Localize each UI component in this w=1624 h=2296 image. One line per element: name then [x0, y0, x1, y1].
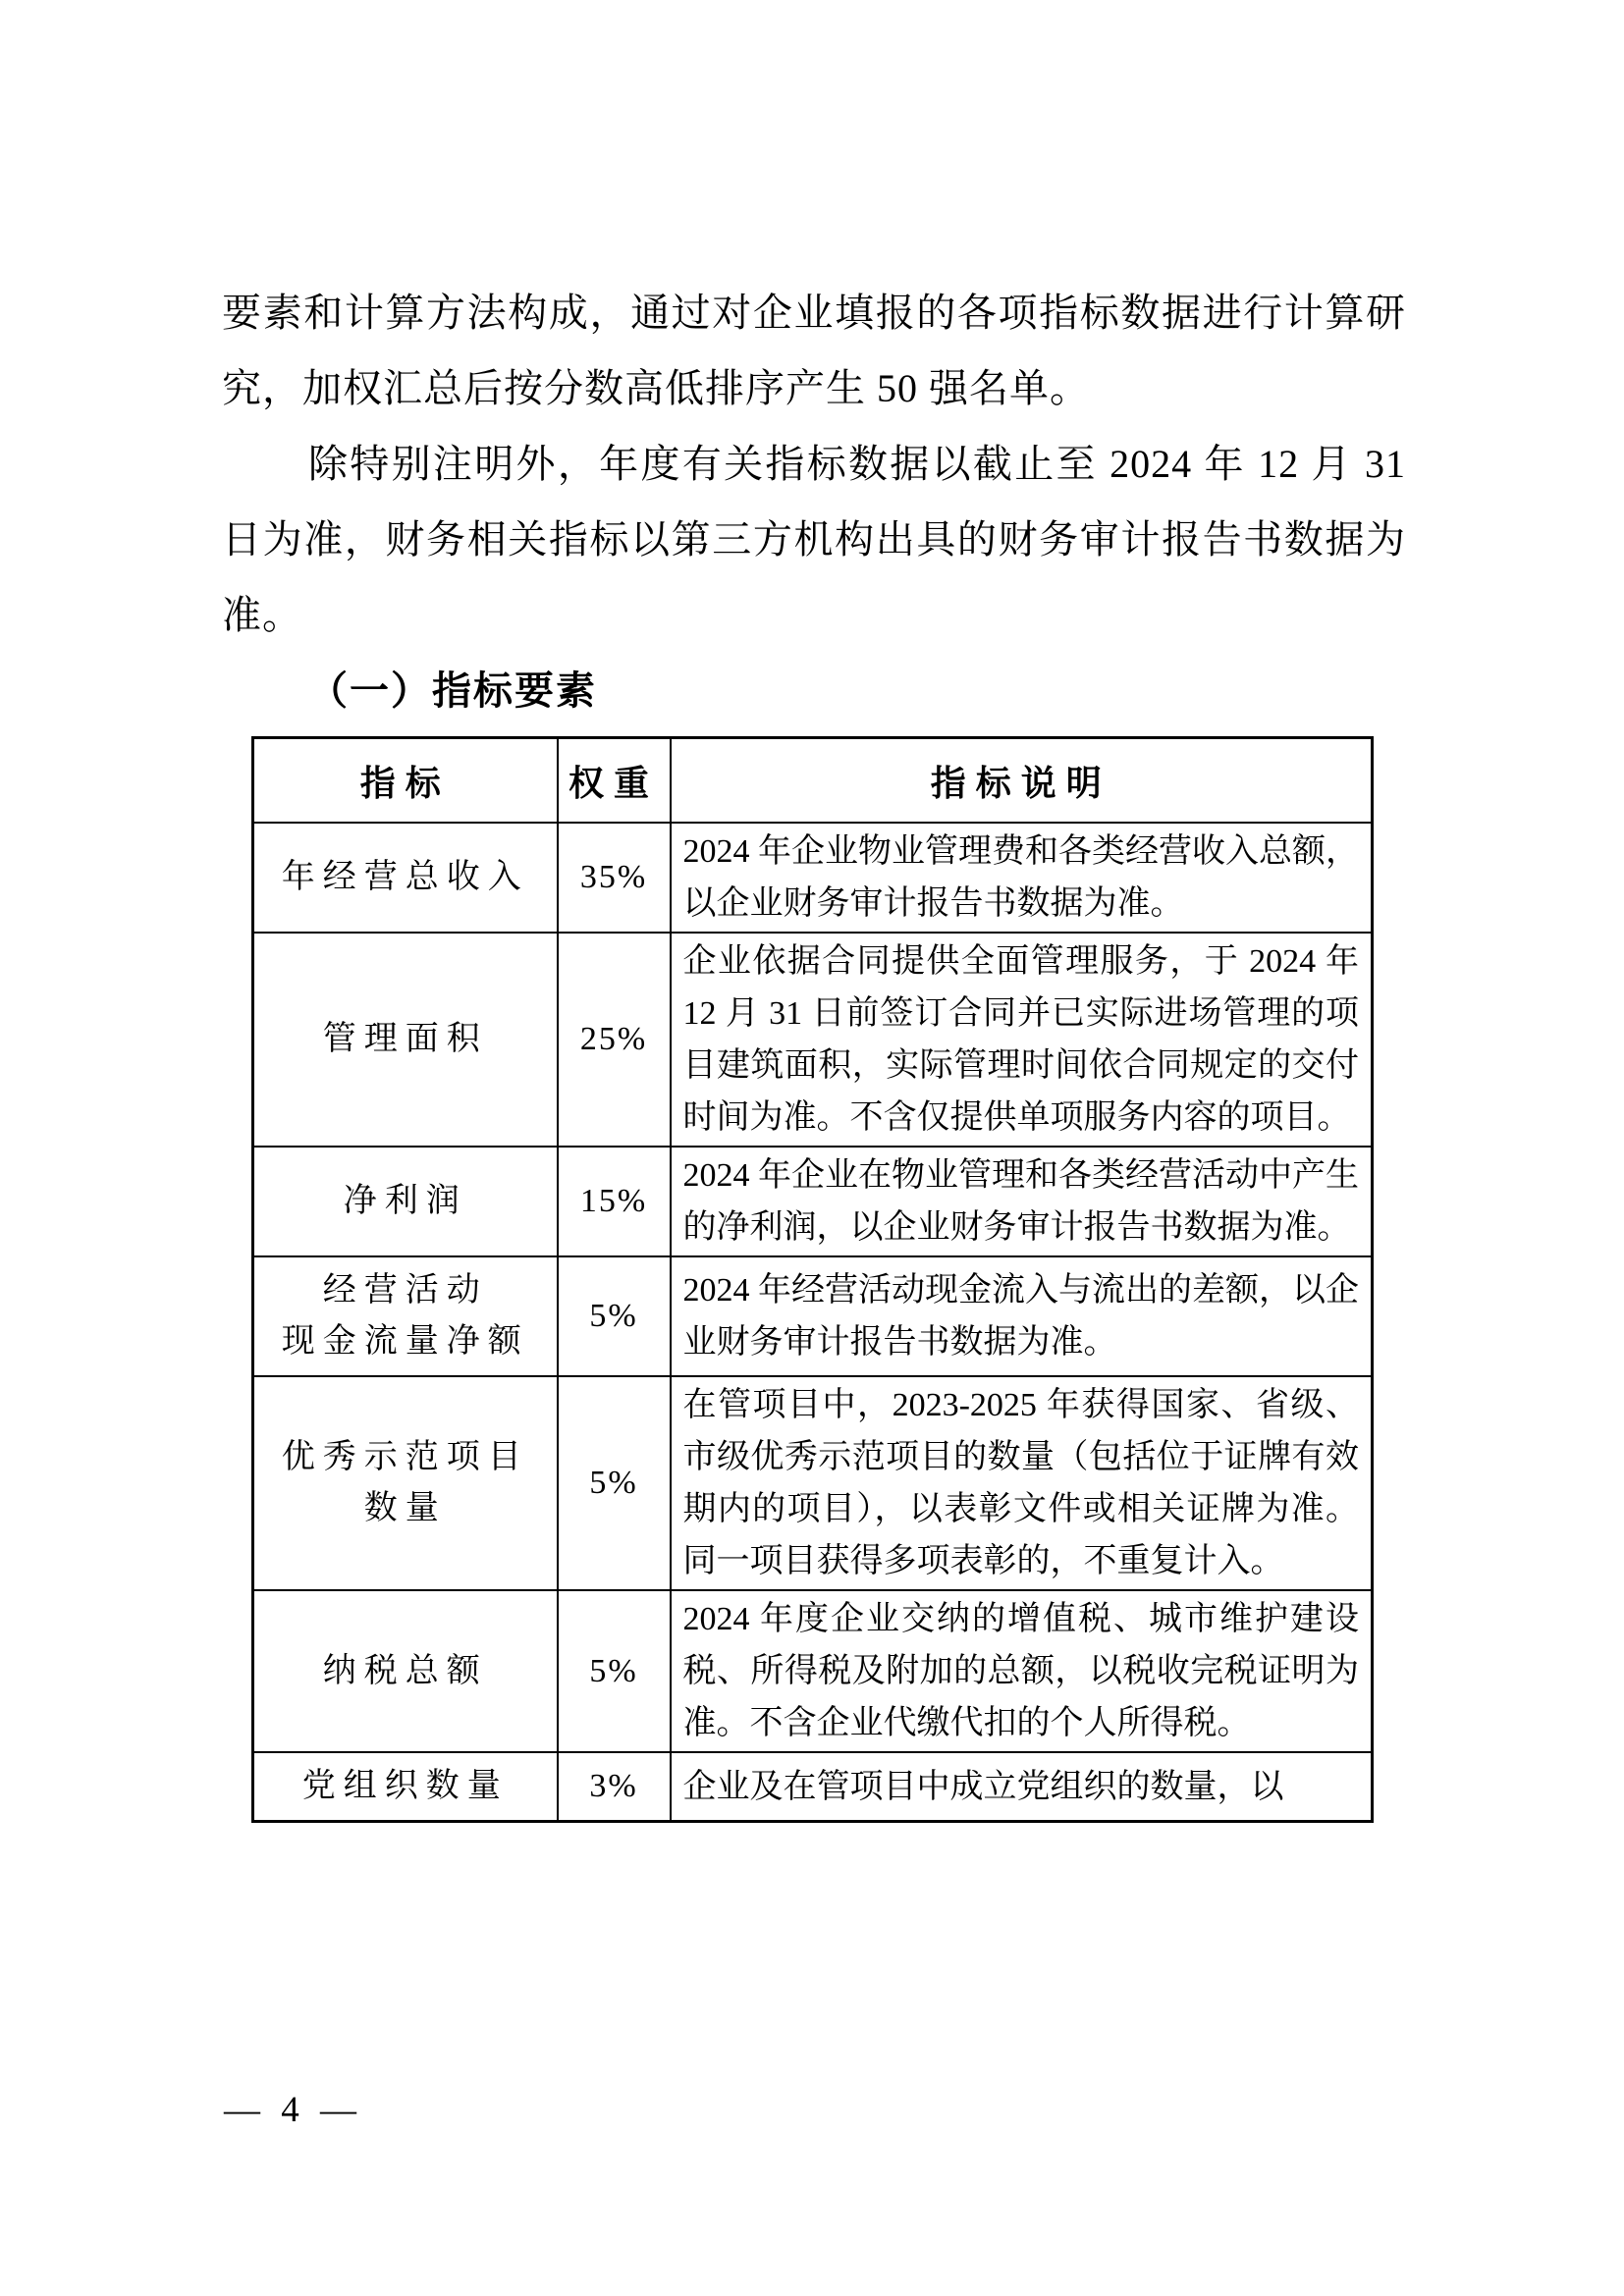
header-indicator: 指标: [253, 738, 558, 824]
table-row: 纳税总额 5% 2024 年度企业交纳的增值税、城市维护建设税、所得税及附加的总…: [253, 1590, 1373, 1752]
weight-cell: 5%: [558, 1256, 671, 1376]
paragraph-data-cutoff: 除特别注明外，年度有关指标数据以截止至 2024 年 12 月 31 日为准，财…: [222, 426, 1406, 653]
table-row: 党组织数量 3% 企业及在管项目中成立党组织的数量，以: [253, 1752, 1373, 1822]
weight-cell: 5%: [558, 1376, 671, 1590]
weight-cell: 35%: [558, 823, 671, 933]
description-cell: 2024 年经营活动现金流入与流出的差额，以企业财务审计报告书数据为准。: [671, 1256, 1373, 1376]
description-cell: 企业及在管项目中成立党组织的数量，以: [671, 1752, 1373, 1822]
indicators-table: 指标 权重 指标说明 年经营总收入 35% 2024 年企业物业管理费和各类经营…: [251, 736, 1374, 1823]
table-row: 净利润 15% 2024 年企业在物业管理和各类经营活动中产生的净利润，以企业财…: [253, 1147, 1373, 1256]
indicator-cell: 年经营总收入: [253, 823, 558, 933]
indicator-cell: 优秀示范项目 数量: [253, 1376, 558, 1590]
indicator-cell: 管理面积: [253, 933, 558, 1147]
weight-cell: 25%: [558, 933, 671, 1147]
indicator-cell: 党组织数量: [253, 1752, 558, 1822]
description-cell: 2024 年企业在物业管理和各类经营活动中产生的净利润，以企业财务审计报告书数据…: [671, 1147, 1373, 1256]
indicator-cell: 净利润: [253, 1147, 558, 1256]
table-header-row: 指标 权重 指标说明: [253, 738, 1373, 824]
header-description: 指标说明: [671, 738, 1373, 824]
header-weight: 权重: [558, 738, 671, 824]
description-cell: 2024 年企业物业管理费和各类经营收入总额，以企业财务审计报告书数据为准。: [671, 823, 1373, 933]
page-number-footer: — 4 —: [224, 2089, 362, 2131]
document-page: 要素和计算方法构成，通过对企业填报的各项指标数据进行计算研究，加权汇总后按分数高…: [0, 0, 1624, 2296]
indicator-cell: 纳税总额: [253, 1590, 558, 1752]
description-cell: 在管项目中，2023-2025 年获得国家、省级、市级优秀示范项目的数量（包括位…: [671, 1376, 1373, 1590]
paragraph-continuation: 要素和计算方法构成，通过对企业填报的各项指标数据进行计算研究，加权汇总后按分数高…: [222, 275, 1406, 426]
page-content: 要素和计算方法构成，通过对企业填报的各项指标数据进行计算研究，加权汇总后按分数高…: [222, 275, 1406, 1823]
table-row: 经营活动 现金流量净额 5% 2024 年经营活动现金流入与流出的差额，以企业财…: [253, 1256, 1373, 1376]
weight-cell: 3%: [558, 1752, 671, 1822]
table-row: 优秀示范项目 数量 5% 在管项目中，2023-2025 年获得国家、省级、市级…: [253, 1376, 1373, 1590]
description-cell: 企业依据合同提供全面管理服务，于 2024 年 12 月 31 日前签订合同并已…: [671, 933, 1373, 1147]
section-heading: （一）指标要素: [222, 653, 1406, 728]
description-cell: 2024 年度企业交纳的增值税、城市维护建设税、所得税及附加的总额，以税收完税证…: [671, 1590, 1373, 1752]
weight-cell: 15%: [558, 1147, 671, 1256]
indicator-cell: 经营活动 现金流量净额: [253, 1256, 558, 1376]
table-row: 年经营总收入 35% 2024 年企业物业管理费和各类经营收入总额，以企业财务审…: [253, 823, 1373, 933]
table-row: 管理面积 25% 企业依据合同提供全面管理服务，于 2024 年 12 月 31…: [253, 933, 1373, 1147]
weight-cell: 5%: [558, 1590, 671, 1752]
